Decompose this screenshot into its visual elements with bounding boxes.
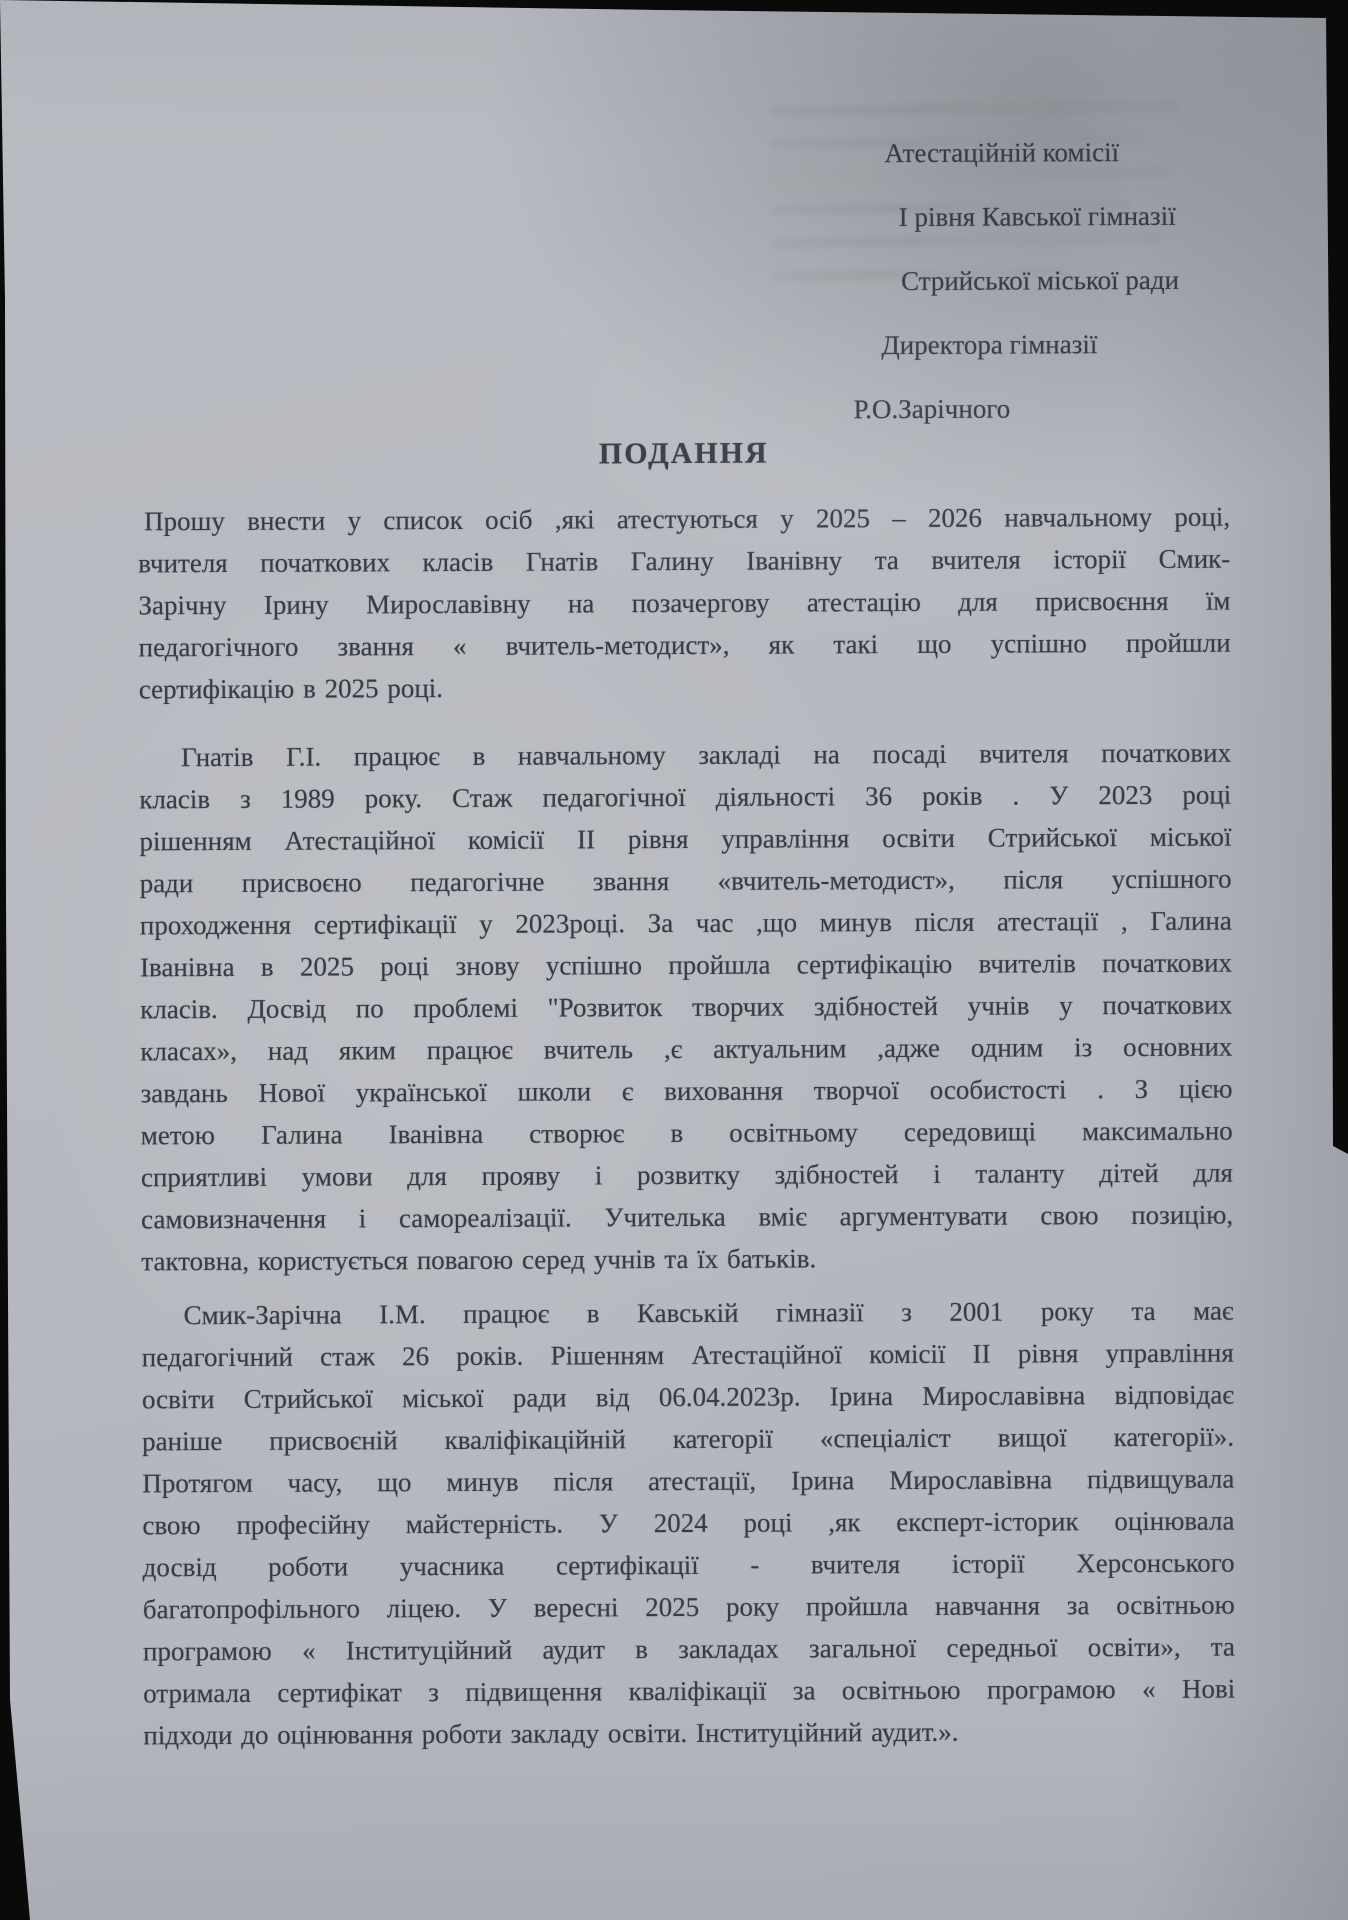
- text-line: підходи до оцінювання роботи закладу осв…: [143, 1710, 1235, 1757]
- addressee-block: Атестаційній комісіїІ рівня Кавської гім…: [852, 120, 1213, 442]
- text-line: Директора гімназії: [853, 312, 1213, 378]
- document-title: ПОДАННЯ: [138, 430, 1230, 479]
- paragraph-request: Прошу внести у список осіб ,які атестуют…: [138, 496, 1231, 711]
- text-line: класів. Досвід по проблемі "Розвиток тво…: [140, 984, 1232, 1031]
- document-content: Атестаційній комісіїІ рівня Кавської гім…: [0, 0, 1348, 1920]
- text-line: Смик-Зарічна І.М. працює в Кавській гімн…: [141, 1290, 1233, 1337]
- text-line: багатопрофільного ліцею. У вересні 2025 …: [143, 1584, 1235, 1631]
- text-line: отримала сертифікат з підвищення кваліфі…: [143, 1668, 1235, 1715]
- text-line: досвід роботи учасника сертифікації - вч…: [143, 1542, 1235, 1589]
- paragraph-hnativ: Гнатів Г.І. працює в навчальному закладі…: [139, 732, 1233, 1283]
- text-line: ради присвоєно педагогічне звання «вчите…: [140, 858, 1232, 905]
- text-line: Атестаційній комісії: [852, 120, 1212, 186]
- photo-frame: Атестаційній комісіїІ рівня Кавської гім…: [0, 0, 1348, 1920]
- document-page: Атестаційній комісіїІ рівня Кавської гім…: [0, 0, 1348, 1920]
- text-line: сертифікацію в 2025 році.: [139, 664, 1231, 711]
- text-line: вчителя початкових класів Гнатів Галину …: [138, 538, 1230, 585]
- document-body: Прошу внести у список осіб ,які атестуют…: [138, 496, 1236, 1783]
- text-line: Гнатів Г.І. працює в навчальному закладі…: [139, 732, 1231, 779]
- text-line: педагогічний стаж 26 років. Рішенням Ате…: [142, 1332, 1234, 1379]
- text-line: Прошу внести у список осіб ,які атестуют…: [138, 496, 1230, 543]
- text-line: проходження сертифікації у 2023році. За …: [140, 900, 1232, 947]
- paragraph-smyk-zarichna: Смик-Зарічна І.М. працює в Кавській гімн…: [141, 1290, 1235, 1757]
- text-line: класах», над яким працює вчитель ,є акту…: [140, 1026, 1232, 1073]
- text-line: І рівня Кавської гімназії: [853, 184, 1213, 250]
- text-line: самовизначення і самореалізації. Учитель…: [141, 1194, 1233, 1241]
- text-line: освіти Стрийської міської ради від 06.04…: [142, 1374, 1234, 1421]
- text-line: Протягом часу, що минув після атестації,…: [142, 1458, 1234, 1505]
- text-line: Стрийської міської ради: [853, 248, 1213, 314]
- text-line: сприятливі умови для прояву і розвитку з…: [141, 1152, 1233, 1199]
- text-line: класів з 1989 року. Стаж педагогічної ді…: [139, 774, 1231, 821]
- text-line: тактовна, користується повагою серед учн…: [141, 1236, 1233, 1283]
- text-line: Зарічну Ірину Мирославівну на позачергов…: [138, 580, 1230, 627]
- text-line: педагогічного звання « вчитель-методист»…: [139, 622, 1231, 669]
- text-line: програмою « Інституційний аудит в заклад…: [143, 1626, 1235, 1673]
- text-line: свою професійну майстерність. У 2024 роц…: [142, 1500, 1234, 1547]
- text-line: раніше присвоєній кваліфікаційній катего…: [142, 1416, 1234, 1463]
- text-line: рішенням Атестаційної комісії ІІ рівня у…: [139, 816, 1231, 863]
- text-line: Іванівна в 2025 році знову успішно пройш…: [140, 942, 1232, 989]
- text-line: завдань Нової української школи є вихова…: [140, 1068, 1232, 1115]
- text-line: метою Галина Іванівна створює в освітньо…: [141, 1110, 1233, 1157]
